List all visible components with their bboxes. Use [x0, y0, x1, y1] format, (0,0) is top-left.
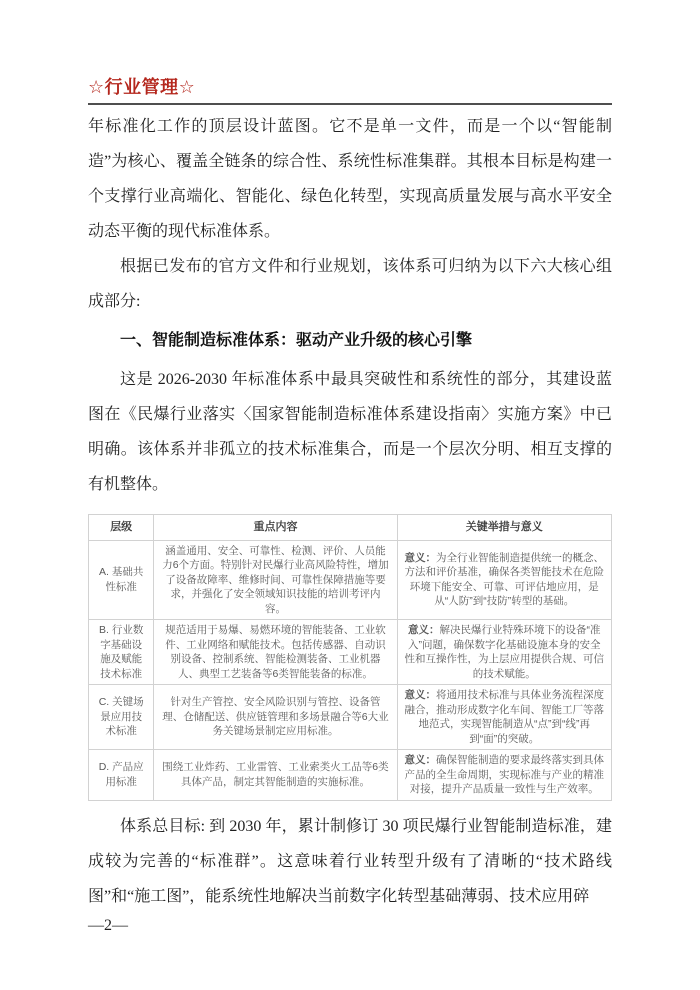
significance-label: 意义：	[408, 624, 440, 636]
paragraph-blueprint: 年标准化工作的顶层设计蓝图。它不是单一文件，而是一个以“智能制造”为核心、覆盖全…	[88, 109, 612, 249]
significance-cell: 意义：为全行业智能制造提供统一的概念、方法和评价基准，确保各类智能技术在危险环境…	[397, 540, 611, 620]
table-header-row: 层级 重点内容 关键举措与意义	[89, 515, 612, 541]
paragraph-overview: 根据已发布的官方文件和行业规划，该体系可归纳为以下六大核心组成部分:	[88, 249, 612, 319]
document-page: ☆行业管理☆ 年标准化工作的顶层设计蓝图。它不是单一文件，而是一个以“智能制造”…	[0, 0, 700, 990]
masthead: ☆行业管理☆	[88, 76, 612, 98]
table-header-significance: 关键举措与意义	[397, 515, 611, 541]
content-cell: 针对生产管控、安全风险识别与管控、设备管理、仓储配送、供应链管理和多场景融合等6…	[154, 685, 397, 750]
masthead-title: ☆行业管理☆	[88, 76, 195, 98]
content-cell: 涵盖通用、安全、可靠性、检测、评价、人员能力6个方面。特别针对民爆行业高风险特性…	[154, 540, 397, 620]
content-cell: 规范适用于易爆、易燃环境的智能装备、工业软件、工业网络和赋能技术。包括传感器、自…	[154, 620, 397, 685]
table-header-content: 重点内容	[154, 515, 397, 541]
paragraph-context: 这是 2026-2030 年标准体系中最具突破性和系统性的部分，其建设蓝图在《民…	[88, 362, 612, 502]
significance-cell: 意义：确保智能制造的要求最终落实到具体产品的全生命周期，实现标准与产业的精准对接…	[397, 750, 611, 801]
table-header-level: 层级	[89, 515, 154, 541]
paragraph-system-goal: 体系总目标: 到 2030 年，累计制修订 30 项民爆行业智能制造标准，建成较…	[88, 809, 612, 914]
page-number: —2—	[88, 916, 612, 936]
significance-label: 意义：	[405, 754, 437, 766]
section-heading: 一、智能制造标准体系：驱动产业升级的核心引擎	[88, 323, 612, 358]
level-cell: A. 基础共性标准	[89, 540, 154, 620]
level-cell: C. 关键场景应用技术标准	[89, 685, 154, 750]
table-row: C. 关键场景应用技术标准 针对生产管控、安全风险识别与管控、设备管理、仓储配送…	[89, 685, 612, 750]
significance-cell: 意义：解决民爆行业特殊环境下的设备“准入”问题，确保数字化基础设施本身的安全性和…	[397, 620, 611, 685]
level-cell: B. 行业数字基础设施及赋能技术标准	[89, 620, 154, 685]
content-cell: 围绕工业炸药、工业雷管、工业索类火工品等6类具体产品，制定其智能制造的实施标准。	[154, 750, 397, 801]
significance-cell: 意义：将通用技术标准与具体业务流程深度融合，推动形成数字化车间、智能工厂等落地范…	[397, 685, 611, 750]
table-row: A. 基础共性标准 涵盖通用、安全、可靠性、检测、评价、人员能力6个方面。特别针…	[89, 540, 612, 620]
masthead-rule	[88, 103, 612, 105]
significance-label: 意义：	[405, 689, 437, 701]
level-cell: D. 产品应用标准	[89, 750, 154, 801]
standards-table: 层级 重点内容 关键举措与意义 A. 基础共性标准 涵盖通用、安全、可靠性、检测…	[88, 514, 612, 801]
significance-label: 意义：	[405, 552, 437, 564]
table-row: B. 行业数字基础设施及赋能技术标准 规范适用于易爆、易燃环境的智能装备、工业软…	[89, 620, 612, 685]
table-row: D. 产品应用标准 围绕工业炸药、工业雷管、工业索类火工品等6类具体产品，制定其…	[89, 750, 612, 801]
